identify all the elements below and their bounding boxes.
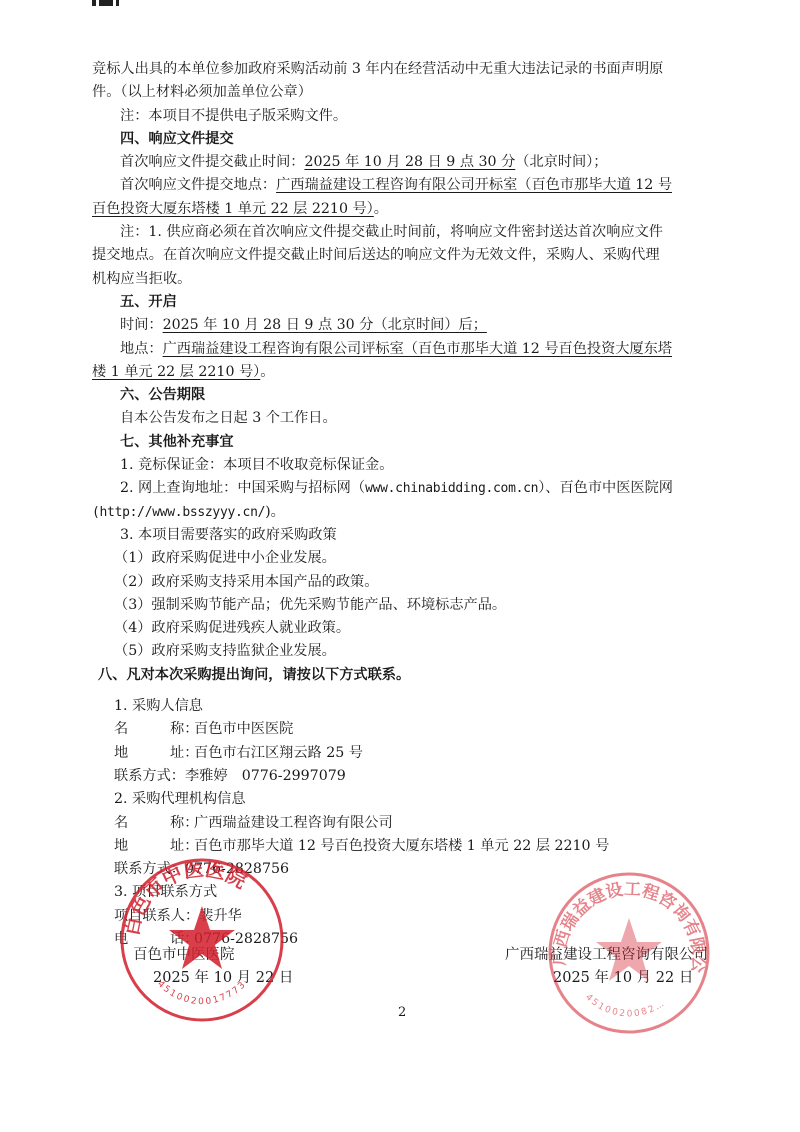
deadline-line: 首次响应文件提交截止时间：2025 年 10 月 28 日 9 点 30 分（北… bbox=[92, 151, 742, 174]
punctuation: 。 bbox=[260, 364, 274, 380]
opening-time-line: 时间：2025 年 10 月 28 日 9 点 30 分（北京时间）后； bbox=[92, 314, 742, 337]
label: 地 bbox=[114, 742, 170, 765]
query-address-line: 2. 网上查询地址：中国采购与招标网（www.chinabidding.com.… bbox=[92, 477, 742, 500]
place-value-cont: 楼 1 单元 22 层 2210 号） bbox=[92, 364, 260, 380]
section-heading-4: 四、响应文件提交 bbox=[92, 128, 742, 151]
project-contact-title: 3. 项目联系方式 bbox=[92, 881, 742, 904]
policy-item: （2）政府采购支持采用本国产品的政策。 bbox=[92, 571, 742, 594]
label: 名 bbox=[114, 812, 170, 835]
deadline-value: 2025 年 10 月 28 日 9 点 30 分 bbox=[304, 154, 515, 170]
purchaser-name-line: 名称：百色市中医医院 bbox=[92, 718, 742, 741]
location-line: 首次响应文件提交地点：广西瑞益建设工程咨询有限公司开标室（百色市那毕大道 12 … bbox=[92, 174, 742, 197]
deadline-suffix: （北京时间）； bbox=[515, 154, 607, 170]
punctuation: 。 bbox=[374, 201, 388, 217]
policy-item: （1）政府采购促进中小企业发展。 bbox=[92, 547, 742, 570]
policy-heading: 3. 本项目需要落实的政府采购政策 bbox=[92, 524, 742, 547]
section-heading-6: 六、公告期限 bbox=[92, 384, 742, 407]
location-value: 广西瑞益建设工程咨询有限公司开标室（百色市那毕大道 12 号 bbox=[276, 177, 672, 193]
agency-name-line: 名称：广西瑞益建设工程咨询有限公司 bbox=[92, 812, 742, 835]
section-heading-7: 七、其他补充事宜 bbox=[92, 431, 742, 454]
note-line: 机构应当拒收。 bbox=[92, 268, 742, 291]
document-page: 竞标人出具的本单位参加政府采购活动前 3 年内在经营活动中无重大违法记录的书面声… bbox=[92, 58, 742, 951]
link-chinabidding[interactable]: www.chinabidding.com.cn bbox=[365, 481, 538, 496]
agency-contact: 0776-2828756 bbox=[185, 861, 289, 877]
location-line-2: 百色投资大厦东塔楼 1 单元 22 层 2210 号）。 bbox=[92, 198, 742, 221]
policy-item: （3）强制采购节能产品；优先采购节能产品、环境标志产品。 bbox=[92, 594, 742, 617]
section-heading-8: 八、凡对本次采购提出询问，请按以下方式联系。 bbox=[92, 664, 742, 687]
deadline-label: 首次响应文件提交截止时间： bbox=[120, 154, 304, 170]
signature-date: 2025 年 10 月 22 日 bbox=[133, 967, 293, 990]
punctuation: )。 bbox=[265, 504, 285, 520]
policy-item: （4）政府采购促进残疾人就业政策。 bbox=[92, 617, 742, 640]
signature-org: 广西瑞益建设工程咨询有限公司 bbox=[505, 944, 708, 967]
label: 联系方式： bbox=[114, 861, 185, 877]
project-contact-person-line: 项目联系人：裴升华 bbox=[92, 905, 742, 928]
label: 地 bbox=[114, 835, 170, 858]
location-value-cont: 百色投资大厦东塔楼 1 单元 22 层 2210 号） bbox=[92, 201, 374, 217]
note-line: 提交地点。在首次响应文件提交截止时间后送达的响应文件为无效文件，采购人、采购代理 bbox=[92, 244, 742, 267]
paragraph-line: 件。（以上材料必须加盖单位公章） bbox=[92, 81, 742, 104]
agency-address-line: 地址：百色市那毕大道 12 号百色投资大厦东塔楼 1 单元 22 层 2210 … bbox=[92, 835, 742, 858]
svg-text:4510020082…: 4510020082… bbox=[583, 993, 667, 1020]
purchaser-address-line: 地址：百色市右江区翔云路 25 号 bbox=[92, 742, 742, 765]
time-value: 2025 年 10 月 28 日 9 点 30 分（北京时间）后； bbox=[163, 317, 487, 333]
location-label: 首次响应文件提交地点： bbox=[120, 177, 276, 193]
signature-date: 2025 年 10 月 22 日 bbox=[505, 967, 708, 990]
notice-period: 自本公告发布之日起 3 个工作日。 bbox=[92, 407, 742, 430]
agency-title: 2. 采购代理机构信息 bbox=[92, 788, 742, 811]
opening-place-line: 地点：广西瑞益建设工程咨询有限公司评标室（百色市那毕大道 12 号百色投资大厦东… bbox=[92, 338, 742, 361]
policy-item: （5）政府采购支持监狱企业发展。 bbox=[92, 640, 742, 663]
agency-address: 百色市那毕大道 12 号百色投资大厦东塔楼 1 单元 22 层 2210 号 bbox=[194, 838, 609, 854]
label: 名 bbox=[114, 718, 170, 741]
signature-agency: 广西瑞益建设工程咨询有限公司 2025 年 10 月 22 日 bbox=[505, 944, 708, 990]
query-prefix: 2. 网上查询地址：中国采购与招标网（ bbox=[120, 480, 365, 496]
note-no-electronic: 注：本项目不提供电子版采购文件。 bbox=[92, 105, 742, 128]
scan-artifact bbox=[92, 0, 122, 6]
purchaser-name: 百色市中医医院 bbox=[194, 721, 293, 737]
signature-purchaser: 百色市中医医院 2025 年 10 月 22 日 bbox=[133, 944, 293, 990]
place-label: 地点： bbox=[120, 341, 163, 357]
label: 联系方式： bbox=[114, 768, 185, 784]
time-label: 时间： bbox=[120, 317, 163, 333]
purchaser-contact: 李雅婷 0776-2997079 bbox=[185, 768, 346, 784]
section-heading-5: 五、开启 bbox=[92, 291, 742, 314]
signature-org: 百色市中医医院 bbox=[133, 944, 293, 967]
deposit-line: 1. 竞标保证金：本项目不收取竞标保证金。 bbox=[92, 454, 742, 477]
note-line: 注：1. 供应商必须在首次响应文件提交截止时间前，将响应文件密封送达首次响应文件 bbox=[92, 221, 742, 244]
query-address-line-2: (http://www.bsszyyy.cn/)。 bbox=[92, 501, 742, 524]
project-contact-person: 裴升华 bbox=[199, 908, 242, 924]
purchaser-contact-line: 联系方式：李雅婷 0776-2997079 bbox=[92, 765, 742, 788]
purchaser-address: 百色市右江区翔云路 25 号 bbox=[194, 745, 363, 761]
page-number: 2 bbox=[398, 1005, 406, 1020]
link-hospital-site[interactable]: http://www.bsszyyy.cn/ bbox=[100, 505, 266, 520]
query-mid: ）、百色市中医医院网 bbox=[538, 480, 673, 496]
punctuation: ( bbox=[92, 505, 100, 520]
seal-code: 4510020082… bbox=[583, 993, 667, 1020]
purchaser-title: 1. 采购人信息 bbox=[92, 695, 742, 718]
agency-contact-line: 联系方式：0776-2828756 bbox=[92, 858, 742, 881]
agency-name: 广西瑞益建设工程咨询有限公司 bbox=[194, 815, 393, 831]
label: 项目联系人： bbox=[114, 908, 199, 924]
place-value: 广西瑞益建设工程咨询有限公司评标室（百色市那毕大道 12 号百色投资大厦东塔 bbox=[163, 341, 672, 357]
opening-place-line-2: 楼 1 单元 22 层 2210 号）。 bbox=[92, 361, 742, 384]
paragraph-line: 竞标人出具的本单位参加政府采购活动前 3 年内在经营活动中无重大违法记录的书面声… bbox=[92, 58, 742, 81]
